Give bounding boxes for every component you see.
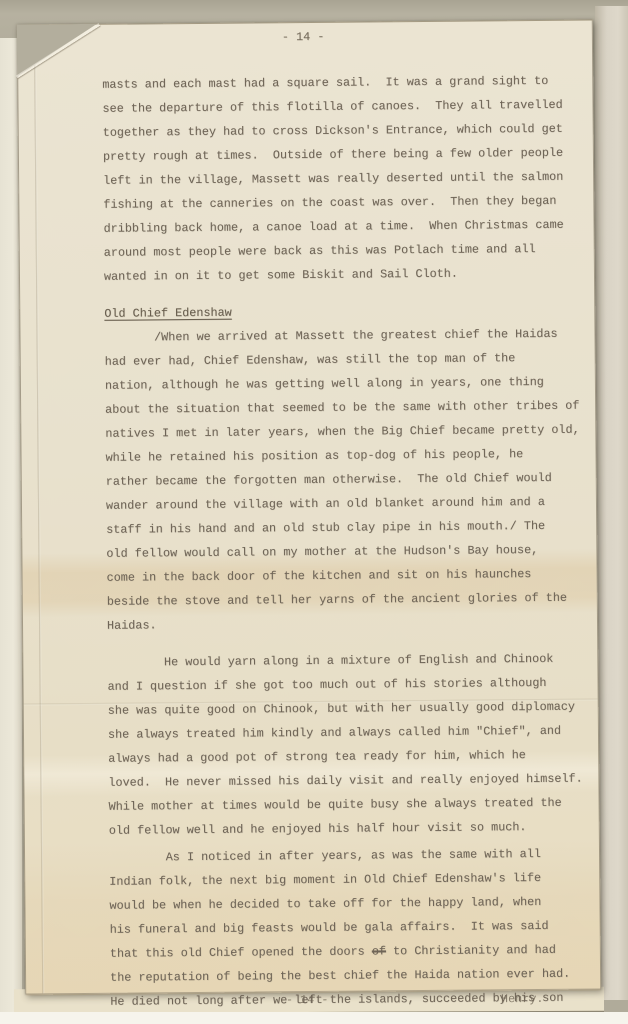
paragraph: He would yarn along in a mixture of Engl… [107, 646, 601, 842]
text-line: /When we arrived at Massett the greatest… [104, 321, 596, 349]
struck-out-text: of [372, 944, 386, 958]
paragraph: /When we arrived at Massett the greatest… [104, 321, 599, 637]
text-line: He died not long after we left the islan… [110, 985, 602, 1013]
text-line: While mother at times would be quite bus… [109, 790, 601, 818]
scan-bottom-margin [0, 1012, 628, 1024]
text-body: masts and each mast had a square sail. I… [102, 68, 602, 1013]
text-line: around most people were back as this was… [104, 236, 596, 264]
manuscript-page: - 14 - masts and each mast had a square … [17, 20, 601, 995]
text-line: she always treated him kindly and always… [108, 718, 600, 746]
text-line: natives I met in later years, when the B… [105, 417, 597, 445]
text-line: beside the stove and tell her yarns of t… [107, 585, 599, 613]
text-line: Haidas. [107, 609, 599, 637]
text-line: wanted in on it to get some Biskit and S… [104, 260, 596, 288]
paragraph: masts and each mast had a square sail. I… [102, 68, 596, 288]
text-line: old fellow well and he enjoyed his half … [109, 814, 601, 842]
page-number: - 14 - [102, 25, 592, 49]
paragraph: As I noticed in after years, as was the … [109, 841, 602, 1013]
